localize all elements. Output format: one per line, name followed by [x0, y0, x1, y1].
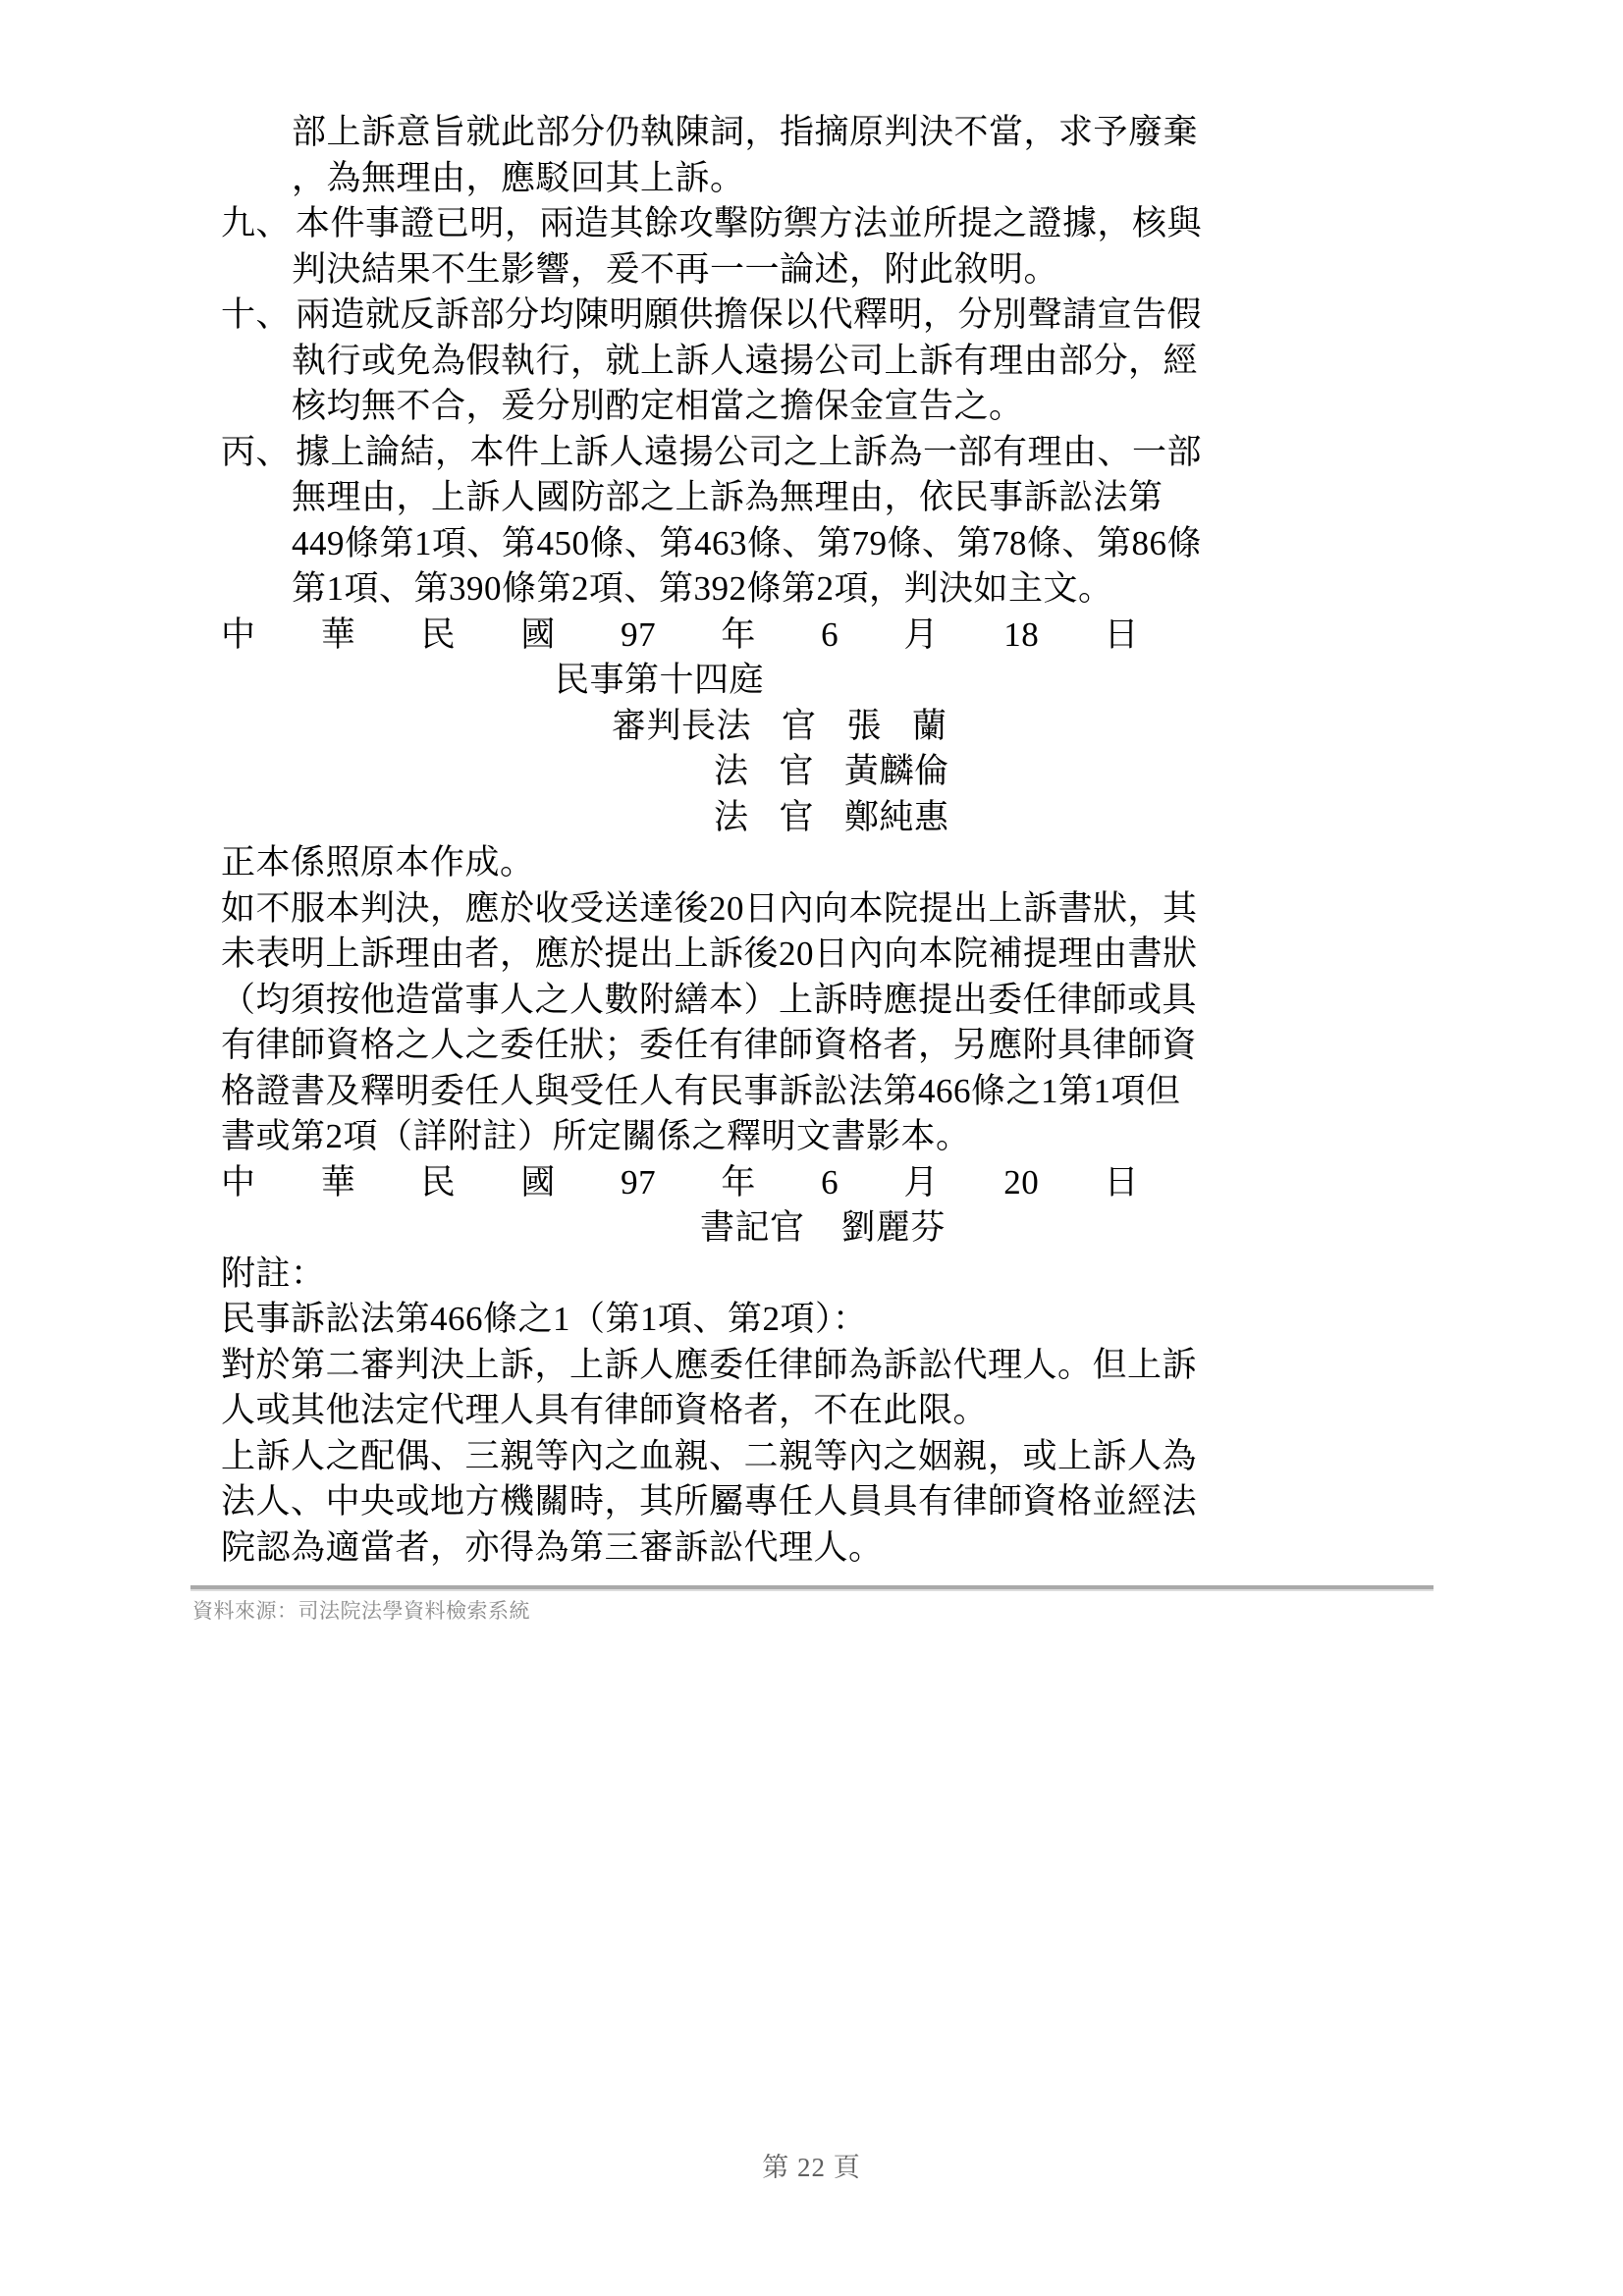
judge-title: 官: [780, 795, 815, 841]
judge-title: 法: [714, 795, 749, 841]
text-line: 有律師資格之人之委任狀；委任有律師資格者，另應附具律師資: [0, 1023, 1623, 1069]
list-item-bing: 丙、據上論結，本件上訴人遠揚公司之上訴為一部有理由、一部: [0, 430, 1623, 476]
list-item-10: 十、兩造就反訴部分均陳明願供擔保以代釋明，分別聲請宣告假: [0, 293, 1623, 339]
text-line: 上訴人之配偶、三親等內之血親、二親等內之姻親，或上訴人為: [0, 1434, 1623, 1480]
judge-name: 蘭: [912, 704, 947, 750]
list-item-9: 九、本件事證已明，兩造其餘攻擊防禦方法並所提之證據，核與: [0, 201, 1623, 247]
judge-title: 審判長法: [612, 704, 751, 750]
judge-name: 鄭純惠: [844, 795, 949, 841]
service-date: 中 華 民 國 97 年 6 月 20 日: [221, 1160, 1139, 1206]
judge-title: 法: [714, 749, 749, 795]
text-line: 正本係照原本作成。: [0, 840, 1623, 886]
judgment-text-block: 部上訴意旨就此部分仍執陳詞，指摘原判決不當，求予廢棄 ，為無理由，應駁回其上訴。…: [0, 110, 1623, 1571]
judgment-date: 中 華 民 國 97 年 6 月 18 日: [221, 613, 1139, 659]
judge-line: 法 官 鄭純惠: [0, 795, 1623, 841]
judgment-page: 部上訴意旨就此部分仍執陳詞，指摘原判決不當，求予廢棄 ，為無理由，應駁回其上訴。…: [0, 0, 1623, 2296]
date-char: 國: [520, 1160, 556, 1206]
date-char: 日: [1104, 1160, 1139, 1206]
date-month: 6: [821, 613, 839, 659]
text-line: 判決結果不生影響，爰不再一一論述，附此敘明。: [0, 247, 1623, 294]
judge-name: 張: [847, 704, 883, 750]
date-char: 中: [221, 613, 256, 659]
date-char: 民: [421, 613, 457, 659]
text-line: 未表明上訴理由者，應於提出上訴後20日內向本院補提理由書狀: [0, 932, 1623, 978]
text-line: 部上訴意旨就此部分仍執陳詞，指摘原判決不當，求予廢棄: [0, 110, 1623, 156]
list-marker: 九、: [221, 201, 296, 247]
list-marker: 丙、: [221, 430, 296, 476]
text-line: 民事訴訟法第466條之1（第1項、第2項）：: [0, 1297, 1623, 1343]
date-year: 97: [621, 1160, 656, 1206]
footer-divider: [190, 1585, 1434, 1591]
text-line: 對於第二審判決上訴，上訴人應委任律師為訴訟代理人。但上訴: [0, 1343, 1623, 1389]
date-char: 華: [321, 1160, 356, 1206]
judge-title: 官: [780, 749, 815, 795]
text-line: ，為無理由，應駁回其上訴。: [0, 156, 1623, 202]
date-char: 華: [321, 613, 356, 659]
clerk-line: 書記官 劉麗芬: [0, 1205, 1623, 1252]
service-date-line: 中 華 民 國 97 年 6 月 20 日: [0, 1160, 1623, 1206]
page-number: 第 22 頁: [0, 2146, 1623, 2184]
text-line: （均須按他造當事人之人數附繕本）上訴時應提出委任律師或具: [0, 978, 1623, 1024]
date-char: 國: [520, 613, 556, 659]
date-char: 月: [903, 1160, 939, 1206]
date-char: 年: [721, 1160, 756, 1206]
court-division: 民事第十四庭: [0, 658, 1623, 704]
text-line: 執行或免為假執行，就上訴人遠揚公司上訴有理由部分，經: [0, 339, 1623, 385]
judge-line: 法 官 黃麟倫: [0, 749, 1623, 795]
text-line: 無理由，上訴人國防部之上訴為無理由，依民事訴訟法第: [0, 475, 1623, 521]
list-marker: 十、: [221, 293, 296, 339]
judge-name: 黃麟倫: [844, 749, 949, 795]
date-day: 18: [1003, 613, 1039, 659]
date-char: 年: [721, 613, 756, 659]
text-line: 書或第2項（詳附註）所定關係之釋明文書影本。: [0, 1114, 1623, 1160]
clerk-title: 書記官: [700, 1205, 805, 1252]
text-line: 如不服本判決，應於收受送達後20日內向本院提出上訴書狀，其: [0, 886, 1623, 933]
text-line: 人或其他法定代理人具有律師資格者，不在此限。: [0, 1388, 1623, 1434]
text-line: 核均無不合，爰分別酌定相當之擔保金宣告之。: [0, 384, 1623, 430]
date-char: 中: [221, 1160, 256, 1206]
date-year: 97: [621, 613, 656, 659]
text-line: 法人、中央或地方機關時，其所屬專任人員具有律師資格並經法: [0, 1479, 1623, 1525]
text-line: 院認為適當者，亦得為第三審訴訟代理人。: [0, 1525, 1623, 1572]
text-line: 449條第1項、第450條、第463條、第79條、第78條、第86條: [0, 521, 1623, 567]
text-line: 附註：: [0, 1252, 1623, 1298]
date-char: 日: [1104, 613, 1139, 659]
date-char: 民: [421, 1160, 457, 1206]
list-item-text: 據上論結，本件上訴人遠揚公司之上訴為一部有理由、一部: [296, 433, 1202, 471]
list-item-text: 本件事證已明，兩造其餘攻擊防禦方法並所提之證據，核與: [296, 204, 1202, 242]
list-item-text: 兩造就反訴部分均陳明願供擔保以代釋明，分別聲請宣告假: [296, 295, 1202, 334]
clerk-name: 劉麗芬: [841, 1205, 947, 1252]
date-char: 月: [903, 613, 939, 659]
presiding-judge-line: 審判長法 官 張 蘭: [0, 704, 1623, 750]
source-attribution: 資料來源：司法院法學資料檢索系統: [192, 1598, 530, 1624]
text-line: 格證書及釋明委任人與受任人有民事訴訟法第466條之1第1項但: [0, 1069, 1623, 1115]
judgment-date-line: 中 華 民 國 97 年 6 月 18 日: [0, 613, 1623, 659]
judge-title: 官: [782, 704, 817, 750]
text-line: 第1項、第390條第2項、第392條第2項，判決如主文。: [0, 566, 1623, 613]
date-day: 20: [1003, 1160, 1039, 1206]
date-month: 6: [821, 1160, 839, 1206]
